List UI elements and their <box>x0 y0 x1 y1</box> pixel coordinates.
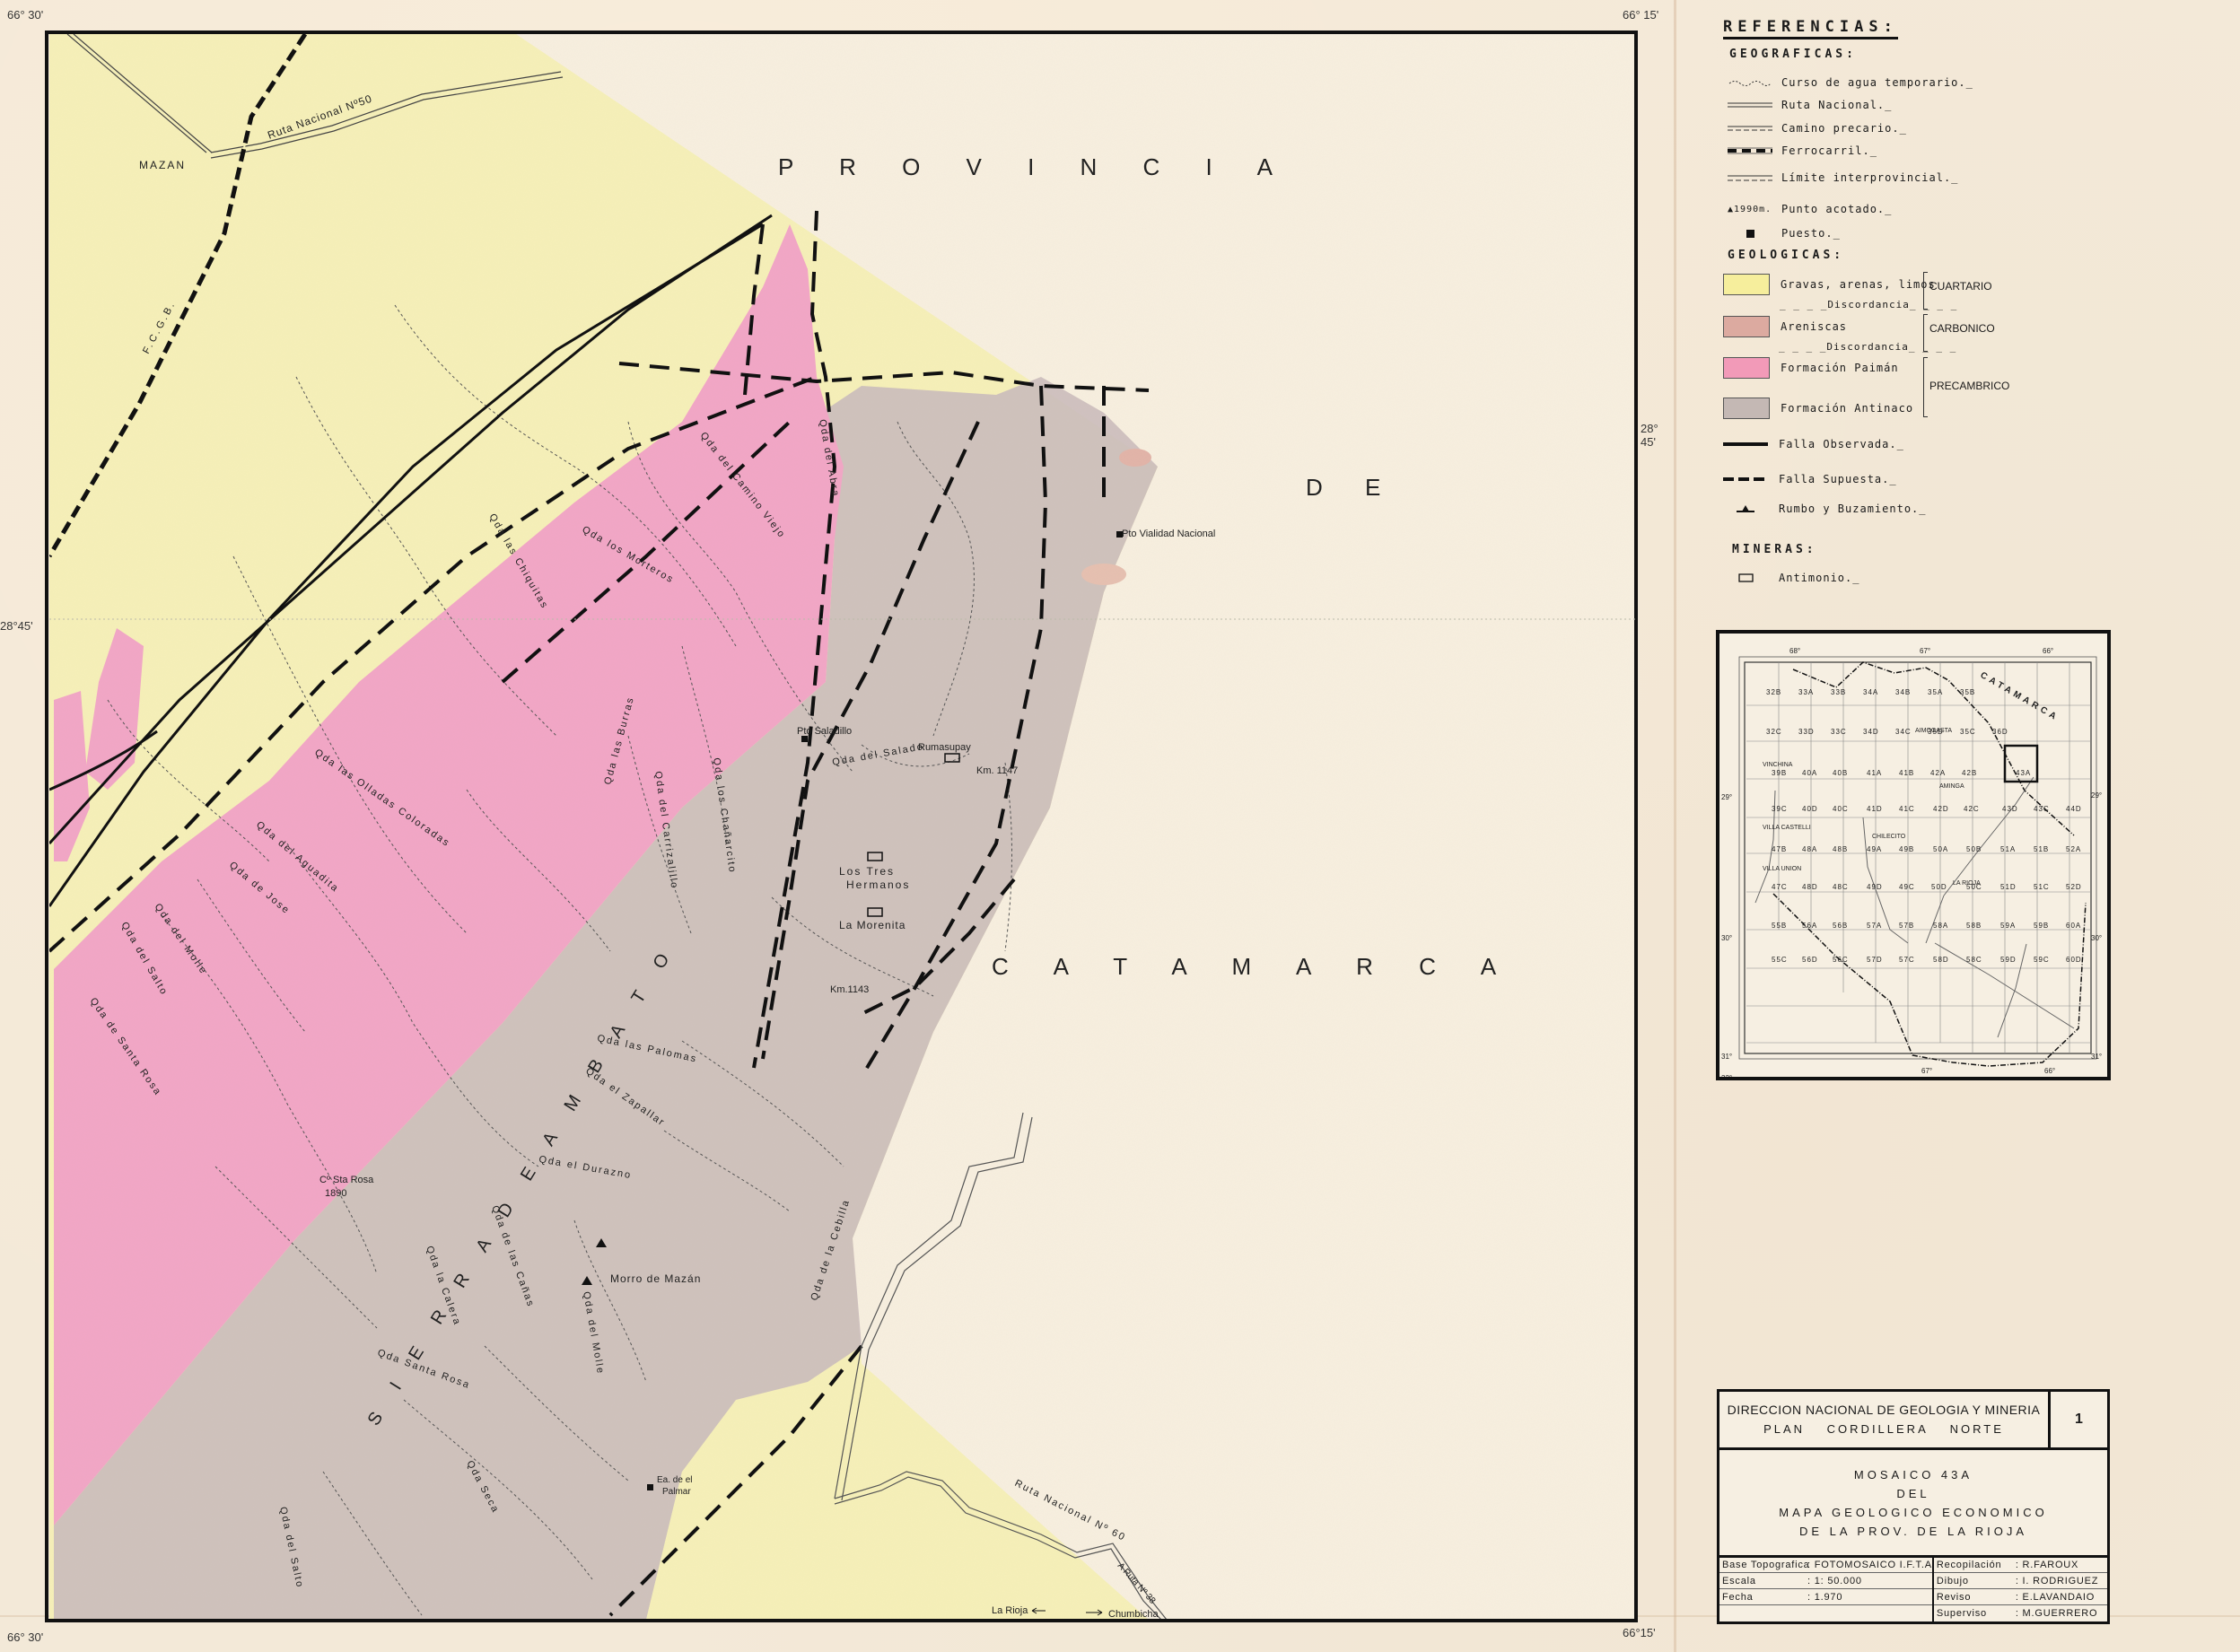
fold-line <box>1674 0 1676 1652</box>
svg-text:58B: 58B <box>1966 922 1982 930</box>
svg-text:34A: 34A <box>1863 688 1878 696</box>
antimony-icon <box>1723 572 1768 584</box>
label-la-rioja-direction: La Rioja <box>992 1605 1028 1616</box>
legend-item-stream: Curso de agua temporario._ <box>1728 76 1973 89</box>
svg-text:60A: 60A <box>2066 922 2081 930</box>
strike-dip-icon <box>1723 503 1768 515</box>
svg-text:52D: 52D <box>2066 883 2082 891</box>
svg-text:33D: 33D <box>1798 728 1815 736</box>
label-km-1143: Km.1143 <box>830 984 869 995</box>
credit-row: Recopilación: R.FAROUX <box>1934 1557 2107 1573</box>
agency-name: DIRECCION NACIONAL DE GEOLOGIA Y MINERIA <box>1719 1403 2048 1417</box>
legend: REFERENCIAS: GEOGRAFICAS: Curso de agua … <box>1719 13 2221 606</box>
plan-name: PLAN CORDILLERA NORTE <box>1719 1422 2048 1436</box>
label-hermanos: Hermanos <box>846 878 910 891</box>
svg-text:56B: 56B <box>1833 922 1848 930</box>
legend-item-gravas: Gravas, arenas, limos <box>1723 274 1936 295</box>
svg-text:34D: 34D <box>1863 728 1879 736</box>
svg-text:60D: 60D <box>2066 956 2082 964</box>
inset-canvas: 68° 67° 66° 67° 66° 29° 29° 30° 30° 31° … <box>1719 634 2107 1077</box>
legend-mineras-heading: MINERAS: <box>1732 543 1817 556</box>
svg-text:VINCHINA: VINCHINA <box>1763 762 1793 768</box>
svg-text:41B: 41B <box>1899 769 1914 777</box>
label-km-1147: Km. 1147 <box>976 765 1018 776</box>
legend-item-rough-road: Camino precario._ <box>1728 122 1907 135</box>
map-title: MAPA GEOLOGICO ECONOMICO <box>1719 1506 2107 1519</box>
credit-row: Superviso: M.GUERRERO <box>1934 1605 2107 1621</box>
svg-text:39C: 39C <box>1772 805 1788 813</box>
svg-text:43A: 43A <box>2016 769 2031 777</box>
post-icon <box>801 736 808 742</box>
mosaic-id: MOSAICO 43A <box>1719 1468 2107 1482</box>
svg-text:CHILECITO: CHILECITO <box>1872 834 1906 840</box>
period-bracket: PRECAMBRICO <box>1923 357 1928 417</box>
sanjuan-boundary <box>1773 894 2086 1066</box>
svg-text:59B: 59B <box>2034 922 2049 930</box>
svg-text:50B: 50B <box>1966 845 1982 853</box>
credit-row: Dibujo: I. RODRIGUEZ <box>1934 1573 2107 1589</box>
supposed-fault-icon <box>1723 473 1768 485</box>
elevation-point-icon: ▲ <box>1728 205 1734 214</box>
svg-text:59A: 59A <box>2000 922 2016 930</box>
label-ea-palmar-2: Palmar <box>662 1487 691 1497</box>
svg-text:AIMOGASTA: AIMOGASTA <box>1915 728 1952 734</box>
provincial-boundary-icon <box>1728 171 1772 184</box>
sheet-number: 1 <box>2051 1392 2107 1450</box>
svg-text:41C: 41C <box>1899 805 1915 813</box>
label-de: D E <box>1306 474 1398 501</box>
svg-text:41D: 41D <box>1867 805 1883 813</box>
svg-text:57B: 57B <box>1899 922 1914 930</box>
province-name: DE LA PROV. DE LA RIOJA <box>1719 1525 2107 1538</box>
svg-text:57A: 57A <box>1867 922 1882 930</box>
svg-text:49B: 49B <box>1899 845 1914 853</box>
swatch-cuaternario <box>1723 274 1770 295</box>
credit-row <box>1719 1605 1932 1621</box>
national-route-icon <box>1728 99 1772 111</box>
svg-text:58C: 58C <box>1966 956 1982 964</box>
label-provincia: P R O V I N C I A <box>778 153 1292 180</box>
title-main-box: MOSAICO 43A DEL MAPA GEOLOGICO ECONOMICO… <box>1719 1450 2107 1558</box>
post-icon <box>1728 227 1772 240</box>
legend-item-post: Puesto._ <box>1728 227 1841 240</box>
legend-item-areniscas: Areniscas <box>1723 316 1847 337</box>
legend-item-paiman: Formación Paimán <box>1723 357 1899 379</box>
svg-text:49A: 49A <box>1867 845 1882 853</box>
rough-road-icon <box>1728 122 1772 135</box>
label-chumbicha-direction: Chumbicha <box>1108 1609 1159 1620</box>
svg-text:40B: 40B <box>1833 769 1848 777</box>
credits-table: Base Topografica: FOTOMOSAICO I.F.T.A Es… <box>1719 1557 2107 1621</box>
svg-text:55C: 55C <box>1772 956 1788 964</box>
svg-text:48D: 48D <box>1802 883 1818 891</box>
post-icon <box>647 1484 653 1490</box>
svg-text:42D: 42D <box>1933 805 1949 813</box>
svg-text:55B: 55B <box>1772 922 1787 930</box>
title-del: DEL <box>1719 1487 2107 1500</box>
svg-text:34C: 34C <box>1895 728 1912 736</box>
legend-title: REFERENCIAS: <box>1723 18 1898 39</box>
svg-text:51A: 51A <box>2000 845 2016 853</box>
swatch-paiman <box>1723 357 1770 379</box>
svg-text:32B: 32B <box>1766 688 1781 696</box>
label-la-morenita: La Morenita <box>839 919 906 931</box>
svg-text:31°: 31° <box>1721 1053 1732 1061</box>
svg-text:58A: 58A <box>1933 922 1948 930</box>
svg-text:41A: 41A <box>1867 769 1882 777</box>
location-inset-map[interactable]: 68° 67° 66° 67° 66° 29° 29° 30° 30° 31° … <box>1716 630 2111 1080</box>
observed-fault-icon <box>1723 438 1768 450</box>
label-rumasupay: Rumasupay <box>918 742 971 753</box>
svg-text:39B: 39B <box>1772 769 1787 777</box>
svg-text:51B: 51B <box>2034 845 2049 853</box>
svg-text:35B: 35B <box>1960 688 1975 696</box>
label-los-tres: Los Tres <box>839 865 895 878</box>
credit-row: Escala: 1: 50.000 <box>1719 1573 1932 1589</box>
label-sta-rosa: Cº Sta Rosa <box>319 1175 374 1185</box>
svg-text:58D: 58D <box>1933 956 1949 964</box>
svg-text:36D: 36D <box>1992 728 2008 736</box>
svg-text:29°: 29° <box>1721 793 1732 801</box>
legend-item-antinaco: Formación Antinaco <box>1723 398 1913 419</box>
svg-text:56C: 56C <box>1833 956 1849 964</box>
svg-text:47C: 47C <box>1772 883 1788 891</box>
inset-roads <box>1755 777 2074 1037</box>
title-block: DIRECCION NACIONAL DE GEOLOGIA Y MINERIA… <box>1717 1389 2110 1624</box>
discordancia-line: _ _ _ _Discordancia_ _ _ _ <box>1779 341 1956 353</box>
label-pto-saladillo: Pto Saladillo <box>797 726 852 737</box>
svg-text:LA RIOJA: LA RIOJA <box>1953 880 1981 887</box>
legend-item-route: Ruta Nacional._ <box>1728 99 1892 111</box>
inset-grid <box>1746 662 2091 1053</box>
svg-text:33C: 33C <box>1831 728 1847 736</box>
svg-text:32C: 32C <box>1766 728 1782 736</box>
svg-text:VILLA CASTELLI: VILLA CASTELLI <box>1763 825 1811 831</box>
svg-text:56A: 56A <box>1802 922 1817 930</box>
discordancia-line: _ _ _ _Discordancia_ _ _ _ <box>1780 299 1957 310</box>
label-mazan: MAZAN <box>139 159 186 171</box>
label-catamarca: C A T A M A R C A <box>992 953 1516 980</box>
svg-text:CATAMARCA: CATAMARCA <box>1979 670 2061 723</box>
svg-text:33A: 33A <box>1798 688 1814 696</box>
map-canvas: P R O V I N C I A D E C A T A M A R C A … <box>0 0 1669 1652</box>
svg-text:40A: 40A <box>1802 769 1817 777</box>
inset-province-labels: CATAMARCA <box>1979 670 2061 723</box>
legend-item-antimonio: Antimonio._ <box>1723 572 1859 584</box>
legend-item-supposed-fault: Falla Supuesta._ <box>1723 473 1897 485</box>
svg-text:48A: 48A <box>1802 845 1817 853</box>
label-sta-rosa-altitude: 1890 <box>325 1188 346 1199</box>
svg-text:49C: 49C <box>1899 883 1915 891</box>
svg-text:52A: 52A <box>2066 845 2081 853</box>
svg-text:35A: 35A <box>1928 688 1943 696</box>
credit-row: Reviso: E.LAVANDAIO <box>1934 1589 2107 1605</box>
svg-text:57D: 57D <box>1867 956 1883 964</box>
svg-text:42A: 42A <box>1930 769 1946 777</box>
svg-text:40D: 40D <box>1802 805 1818 813</box>
svg-text:33B: 33B <box>1831 688 1846 696</box>
svg-text:42B: 42B <box>1962 769 1977 777</box>
svg-text:56D: 56D <box>1802 956 1818 964</box>
geologic-map[interactable]: 66° 30' 66° 15' 66° 30' 66°15' 28°45' 28… <box>0 0 1669 1652</box>
svg-text:43C: 43C <box>2034 805 2050 813</box>
svg-text:31°: 31° <box>2091 1053 2102 1061</box>
svg-text:51D: 51D <box>2000 883 2017 891</box>
svg-text:67°: 67° <box>1920 647 1930 655</box>
svg-text:47B: 47B <box>1772 845 1787 853</box>
legend-geologicas-heading: GEOLOGICAS: <box>1728 249 1844 262</box>
svg-text:48C: 48C <box>1833 883 1849 891</box>
svg-text:VILLA UNION: VILLA UNION <box>1763 866 1801 872</box>
svg-text:59C: 59C <box>2034 956 2050 964</box>
svg-text:30°: 30° <box>2091 934 2102 942</box>
swatch-antinaco <box>1723 398 1770 419</box>
svg-text:48B: 48B <box>1833 845 1848 853</box>
svg-text:AMINGA: AMINGA <box>1939 783 1964 790</box>
title-agency-box: DIRECCION NACIONAL DE GEOLOGIA Y MINERIA… <box>1719 1392 2051 1450</box>
svg-text:57C: 57C <box>1899 956 1915 964</box>
legend-item-observed-fault: Falla Observada._ <box>1723 438 1904 450</box>
svg-text:68°: 68° <box>1789 647 1800 655</box>
legend-item-boundary: Límite interprovincial._ <box>1728 171 1958 184</box>
svg-text:29°: 29° <box>2091 791 2102 800</box>
svg-text:66°: 66° <box>2043 647 2053 655</box>
svg-text:34B: 34B <box>1895 688 1911 696</box>
swatch-carbonico <box>1723 316 1770 337</box>
label-ea-palmar: Ea. de el <box>657 1475 692 1485</box>
legend-item-strike-dip: Rumbo y Buzamiento._ <box>1723 503 1927 515</box>
svg-text:50D: 50D <box>1931 883 1947 891</box>
svg-text:49D: 49D <box>1867 883 1883 891</box>
credit-row: Fecha: 1.970 <box>1719 1589 1932 1605</box>
period-bracket: CARBONICO <box>1923 314 1928 352</box>
svg-text:44D: 44D <box>2066 805 2082 813</box>
svg-text:67°: 67° <box>1921 1067 1932 1075</box>
temporary-stream-icon <box>1728 76 1772 89</box>
svg-text:50A: 50A <box>1933 845 1948 853</box>
svg-text:59D: 59D <box>2000 956 2017 964</box>
svg-text:66°: 66° <box>2044 1067 2055 1075</box>
railway-icon <box>1728 144 1772 157</box>
credit-row: Base Topografica: FOTOMOSAICO I.F.T.A <box>1719 1557 1932 1573</box>
svg-text:51C: 51C <box>2034 883 2050 891</box>
label-morro-mazan: Morro de Mazán <box>610 1272 701 1285</box>
svg-text:35C: 35C <box>1960 728 1976 736</box>
legend-item-railway: Ferrocarril._ <box>1728 144 1877 157</box>
svg-text:40C: 40C <box>1833 805 1849 813</box>
period-bracket: CUARTARIO <box>1923 272 1928 310</box>
legend-geograficas-heading: GEOGRAFICAS: <box>1729 48 1857 61</box>
svg-text:43D: 43D <box>2002 805 2018 813</box>
svg-text:30°: 30° <box>1721 934 1732 942</box>
label-pto-vialidad: Pto Vialidad Nacional <box>1122 529 1215 539</box>
svg-text:42C: 42C <box>1964 805 1980 813</box>
legend-item-elevation: ▲1990m. Punto acotado._ <box>1728 203 1892 215</box>
svg-text:32°: 32° <box>1721 1074 1732 1077</box>
